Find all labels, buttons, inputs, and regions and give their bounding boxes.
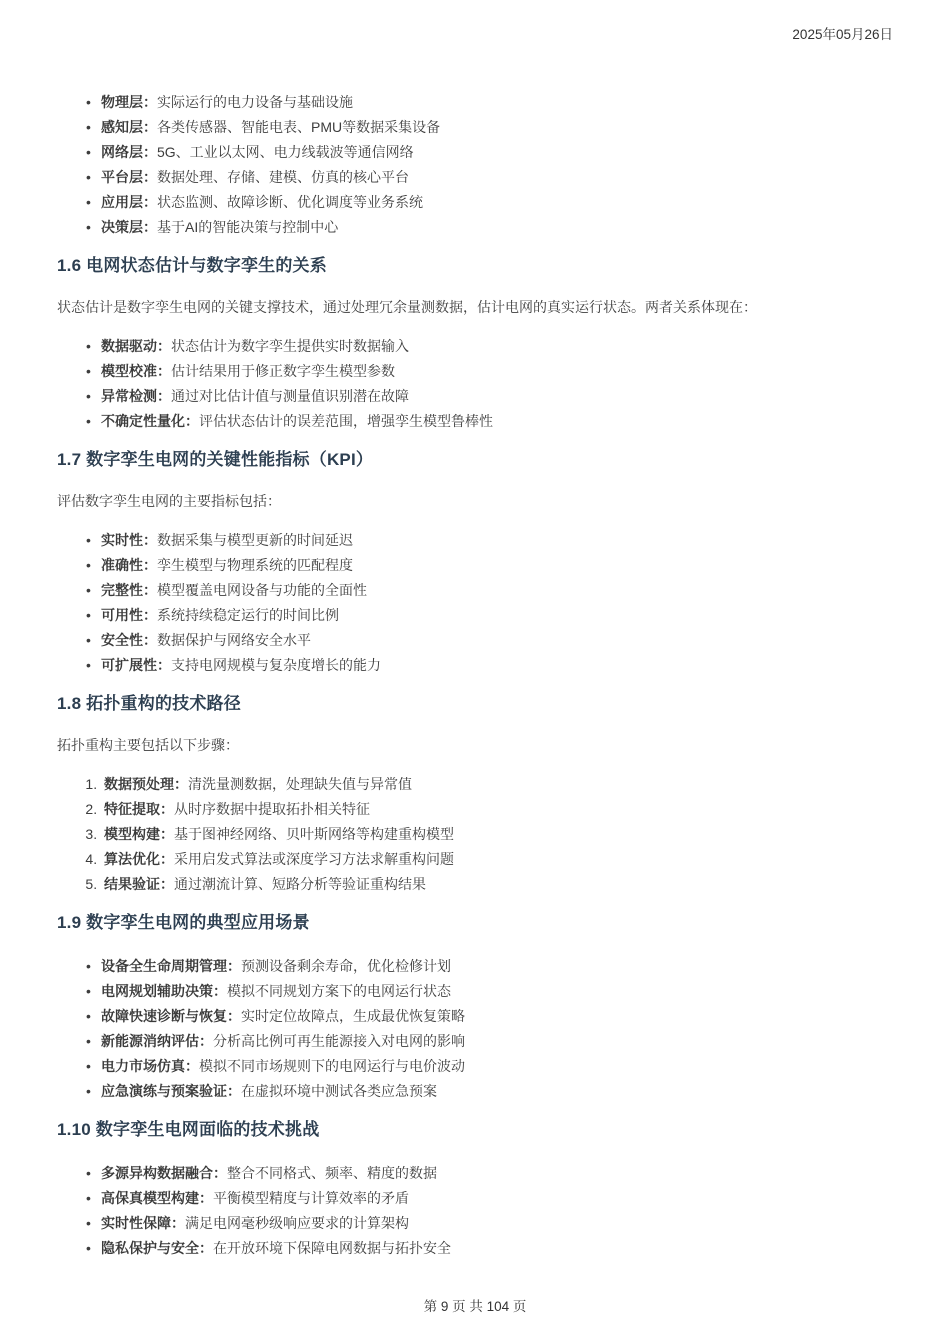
list-item: 感知层：各类传感器、智能电表、PMU等数据采集设备: [85, 115, 893, 140]
list-item-desc: 各类传感器、智能电表、PMU等数据采集设备: [157, 119, 440, 135]
list-item-desc: 通过潮流计算、短路分析等验证重构结果: [174, 876, 426, 892]
list-item-term: 应用层：: [101, 194, 157, 210]
list-item-desc: 满足电网毫秒级响应要求的计算架构: [185, 1215, 409, 1231]
list-item-term: 电网规划辅助决策：: [101, 983, 227, 999]
list-item: 数据预处理：清洗量测数据，处理缺失值与异常值: [101, 772, 893, 797]
list-item: 应急演练与预案验证：在虚拟环境中测试各类应急预案: [85, 1079, 893, 1104]
section-heading: 1.10 数字孪生电网面临的技术挑战: [57, 1118, 893, 1142]
list-item: 结果验证：通过潮流计算、短路分析等验证重构结果: [101, 872, 893, 897]
list-item: 新能源消纳评估：分析高比例可再生能源接入对电网的影响: [85, 1029, 893, 1054]
list-item: 决策层：基于AI的智能决策与控制中心: [85, 215, 893, 240]
section-list: 设备全生命周期管理：预测设备剩余寿命，优化检修计划 电网规划辅助决策：模拟不同规…: [57, 954, 893, 1104]
list-item-term: 高保真模型构建：: [101, 1190, 213, 1206]
list-item-desc: 在虚拟环境中测试各类应急预案: [241, 1083, 437, 1099]
list-item-term: 算法优化：: [104, 851, 174, 867]
list-item: 模型校准：估计结果用于修正数字孪生模型参数: [85, 359, 893, 384]
list-item-term: 结果验证：: [104, 876, 174, 892]
section-paragraph: 评估数字孪生电网的主要指标包括：: [57, 491, 893, 512]
list-item: 应用层：状态监测、故障诊断、优化调度等业务系统: [85, 190, 893, 215]
section-1-7: 1.7 数字孪生电网的关键性能指标（KPI） 评估数字孪生电网的主要指标包括： …: [57, 448, 893, 678]
list-item-desc: 实时定位故障点，生成最优恢复策略: [241, 1008, 465, 1024]
list-item-term: 数据预处理：: [104, 776, 188, 792]
section-list: 数据驱动：状态估计为数字孪生提供实时数据输入 模型校准：估计结果用于修正数字孪生…: [57, 334, 893, 434]
list-item-desc: 整合不同格式、频率、精度的数据: [227, 1165, 437, 1181]
list-item-term: 故障快速诊断与恢复：: [101, 1008, 241, 1024]
list-item: 网络层：5G、工业以太网、电力线载波等通信网络: [85, 140, 893, 165]
section-heading: 1.6 电网状态估计与数字孪生的关系: [57, 254, 893, 278]
document-date: 2025年05月26日: [57, 25, 893, 44]
list-item-desc: 基于图神经网络、贝叶斯网络等构建重构模型: [174, 826, 454, 842]
list-item-term: 完整性：: [101, 582, 157, 598]
list-item: 高保真模型构建：平衡模型精度与计算效率的矛盾: [85, 1186, 893, 1211]
list-item-term: 电力市场仿真：: [101, 1058, 199, 1074]
list-item-desc: 分析高比例可再生能源接入对电网的影响: [213, 1033, 465, 1049]
list-item-term: 模型构建：: [104, 826, 174, 842]
list-item-term: 不确定性量化：: [101, 413, 199, 429]
list-item: 物理层：实际运行的电力设备与基础设施: [85, 90, 893, 115]
section-list: 多源异构数据融合：整合不同格式、频率、精度的数据 高保真模型构建：平衡模型精度与…: [57, 1161, 893, 1261]
document-page: 2025年05月26日 物理层：实际运行的电力设备与基础设施 感知层：各类传感器…: [0, 0, 950, 1340]
list-item-desc: 模拟不同市场规则下的电网运行与电价波动: [199, 1058, 465, 1074]
list-item-term: 决策层：: [101, 219, 157, 235]
list-item-term: 感知层：: [101, 119, 157, 135]
section-list: 实时性：数据采集与模型更新的时间延迟 准确性：孪生模型与物理系统的匹配程度 完整…: [57, 528, 893, 678]
list-item: 故障快速诊断与恢复：实时定位故障点，生成最优恢复策略: [85, 1004, 893, 1029]
list-item-desc: 在开放环境下保障电网数据与拓扑安全: [213, 1240, 451, 1256]
list-item: 不确定性量化：评估状态估计的误差范围，增强孪生模型鲁棒性: [85, 409, 893, 434]
list-item: 异常检测：通过对比估计值与测量值识别潜在故障: [85, 384, 893, 409]
list-item-desc: 从时序数据中提取拓扑相关特征: [174, 801, 370, 817]
section-1-9: 1.9 数字孪生电网的典型应用场景 设备全生命周期管理：预测设备剩余寿命，优化检…: [57, 911, 893, 1104]
list-item-desc: 数据处理、存储、建模、仿真的核心平台: [157, 169, 409, 185]
list-item: 设备全生命周期管理：预测设备剩余寿命，优化检修计划: [85, 954, 893, 979]
list-item: 安全性：数据保护与网络安全水平: [85, 628, 893, 653]
list-item-term: 异常检测：: [101, 388, 171, 404]
list-item-desc: 评估状态估计的误差范围，增强孪生模型鲁棒性: [199, 413, 493, 429]
section-heading: 1.9 数字孪生电网的典型应用场景: [57, 911, 893, 935]
section-heading: 1.8 拓扑重构的技术路径: [57, 692, 893, 716]
list-item-term: 准确性：: [101, 557, 157, 573]
list-item-term: 模型校准：: [101, 363, 171, 379]
list-item-term: 物理层：: [101, 94, 157, 110]
list-item: 可用性：系统持续稳定运行的时间比例: [85, 603, 893, 628]
list-item-term: 设备全生命周期管理：: [101, 958, 241, 974]
list-item-desc: 模型覆盖电网设备与功能的全面性: [157, 582, 367, 598]
section-1-6: 1.6 电网状态估计与数字孪生的关系 状态估计是数字孪生电网的关键支撑技术，通过…: [57, 254, 893, 434]
section-numbered-list: 数据预处理：清洗量测数据，处理缺失值与异常值 特征提取：从时序数据中提取拓扑相关…: [57, 772, 893, 897]
list-item-desc: 5G、工业以太网、电力线载波等通信网络: [157, 144, 414, 160]
list-item-desc: 数据采集与模型更新的时间延迟: [157, 532, 353, 548]
list-item-desc: 状态监测、故障诊断、优化调度等业务系统: [157, 194, 423, 210]
list-item: 数据驱动：状态估计为数字孪生提供实时数据输入: [85, 334, 893, 359]
list-item-desc: 平衡模型精度与计算效率的矛盾: [213, 1190, 409, 1206]
list-item-desc: 采用启发式算法或深度学习方法求解重构问题: [174, 851, 454, 867]
list-item-desc: 状态估计为数字孪生提供实时数据输入: [171, 338, 409, 354]
list-item-desc: 预测设备剩余寿命，优化检修计划: [241, 958, 451, 974]
section-paragraph: 拓扑重构主要包括以下步骤：: [57, 735, 893, 756]
page-number-footer: 第 9 页 共 104 页: [0, 1295, 950, 1315]
section-paragraph: 状态估计是数字孪生电网的关键支撑技术，通过处理冗余量测数据，估计电网的真实运行状…: [57, 297, 893, 318]
list-item-desc: 系统持续稳定运行的时间比例: [157, 607, 339, 623]
section-1-8: 1.8 拓扑重构的技术路径 拓扑重构主要包括以下步骤： 数据预处理：清洗量测数据…: [57, 692, 893, 897]
list-item: 完整性：模型覆盖电网设备与功能的全面性: [85, 578, 893, 603]
list-item: 算法优化：采用启发式算法或深度学习方法求解重构问题: [101, 847, 893, 872]
list-item: 特征提取：从时序数据中提取拓扑相关特征: [101, 797, 893, 822]
list-item-desc: 模拟不同规划方案下的电网运行状态: [227, 983, 451, 999]
list-item: 实时性保障：满足电网毫秒级响应要求的计算架构: [85, 1211, 893, 1236]
list-item-term: 实时性保障：: [101, 1215, 185, 1231]
list-item: 可扩展性：支持电网规模与复杂度增长的能力: [85, 653, 893, 678]
list-item-term: 网络层：: [101, 144, 157, 160]
list-item-term: 多源异构数据融合：: [101, 1165, 227, 1181]
list-item-desc: 孪生模型与物理系统的匹配程度: [157, 557, 353, 573]
layer-architecture-list: 物理层：实际运行的电力设备与基础设施 感知层：各类传感器、智能电表、PMU等数据…: [57, 90, 893, 240]
list-item: 模型构建：基于图神经网络、贝叶斯网络等构建重构模型: [101, 822, 893, 847]
list-item-term: 新能源消纳评估：: [101, 1033, 213, 1049]
list-item-term: 平台层：: [101, 169, 157, 185]
list-item: 平台层：数据处理、存储、建模、仿真的核心平台: [85, 165, 893, 190]
list-item: 隐私保护与安全：在开放环境下保障电网数据与拓扑安全: [85, 1236, 893, 1261]
list-item-desc: 支持电网规模与复杂度增长的能力: [171, 657, 381, 673]
list-item: 多源异构数据融合：整合不同格式、频率、精度的数据: [85, 1161, 893, 1186]
list-item: 电力市场仿真：模拟不同市场规则下的电网运行与电价波动: [85, 1054, 893, 1079]
list-item-desc: 基于AI的智能决策与控制中心: [157, 219, 338, 235]
list-item-term: 实时性：: [101, 532, 157, 548]
list-item-desc: 估计结果用于修正数字孪生模型参数: [171, 363, 395, 379]
list-item-desc: 数据保护与网络安全水平: [157, 632, 311, 648]
list-item-desc: 清洗量测数据，处理缺失值与异常值: [188, 776, 412, 792]
list-item-term: 数据驱动：: [101, 338, 171, 354]
list-item-term: 应急演练与预案验证：: [101, 1083, 241, 1099]
section-heading: 1.7 数字孪生电网的关键性能指标（KPI）: [57, 448, 893, 472]
list-item: 准确性：孪生模型与物理系统的匹配程度: [85, 553, 893, 578]
list-item-term: 特征提取：: [104, 801, 174, 817]
list-item-term: 隐私保护与安全：: [101, 1240, 213, 1256]
list-item: 电网规划辅助决策：模拟不同规划方案下的电网运行状态: [85, 979, 893, 1004]
list-item-desc: 实际运行的电力设备与基础设施: [157, 94, 353, 110]
list-item-term: 可用性：: [101, 607, 157, 623]
list-item: 实时性：数据采集与模型更新的时间延迟: [85, 528, 893, 553]
list-item-term: 安全性：: [101, 632, 157, 648]
list-item-desc: 通过对比估计值与测量值识别潜在故障: [171, 388, 409, 404]
list-item-term: 可扩展性：: [101, 657, 171, 673]
section-1-10: 1.10 数字孪生电网面临的技术挑战 多源异构数据融合：整合不同格式、频率、精度…: [57, 1118, 893, 1261]
